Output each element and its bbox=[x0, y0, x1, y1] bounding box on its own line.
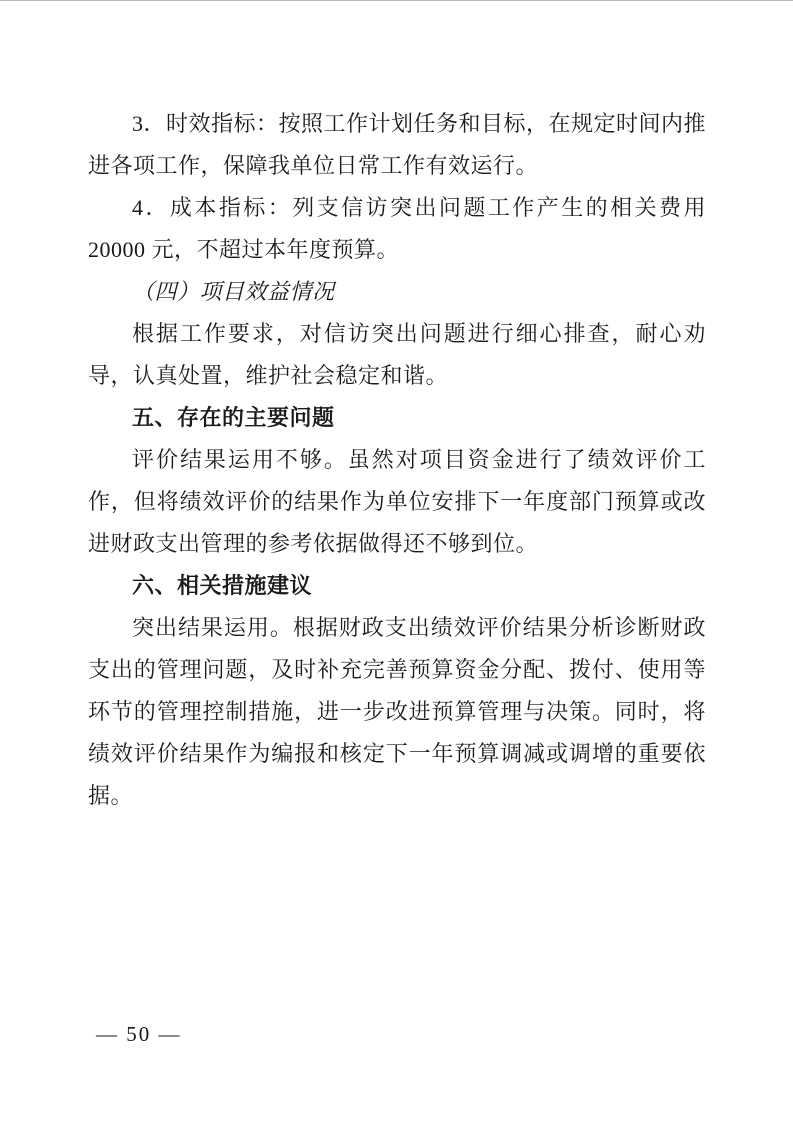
subsection-heading: （四）项目效益情况 bbox=[88, 271, 706, 313]
scan-edge-line bbox=[0, 0, 793, 1]
section-heading: 五、存在的主要问题 bbox=[88, 397, 706, 439]
body-paragraph: 评价结果运用不够。虽然对项目资金进行了绩效评价工作，但将绩效评价的结果作为单位安… bbox=[88, 439, 706, 565]
body-paragraph: 3．时效指标：按照工作计划任务和目标，在规定时间内推进各项工作，保障我单位日常工… bbox=[88, 103, 706, 187]
body-paragraph: 4．成本指标：列支信访突出问题工作产生的相关费用 20000 元，不超过本年度预… bbox=[88, 187, 706, 271]
page-number: — 50 — bbox=[96, 1020, 182, 1048]
document-body: 3．时效指标：按照工作计划任务和目标，在规定时间内推进各项工作，保障我单位日常工… bbox=[88, 103, 706, 817]
body-paragraph: 根据工作要求，对信访突出问题进行细心排查，耐心劝导，认真处置，维护社会稳定和谐。 bbox=[88, 313, 706, 397]
body-paragraph: 突出结果运用。根据财政支出绩效评价结果分析诊断财政支出的管理问题，及时补充完善预… bbox=[88, 607, 706, 817]
section-heading: 六、相关措施建议 bbox=[88, 565, 706, 607]
document-page: 3．时效指标：按照工作计划任务和目标，在规定时间内推进各项工作，保障我单位日常工… bbox=[0, 0, 793, 1122]
